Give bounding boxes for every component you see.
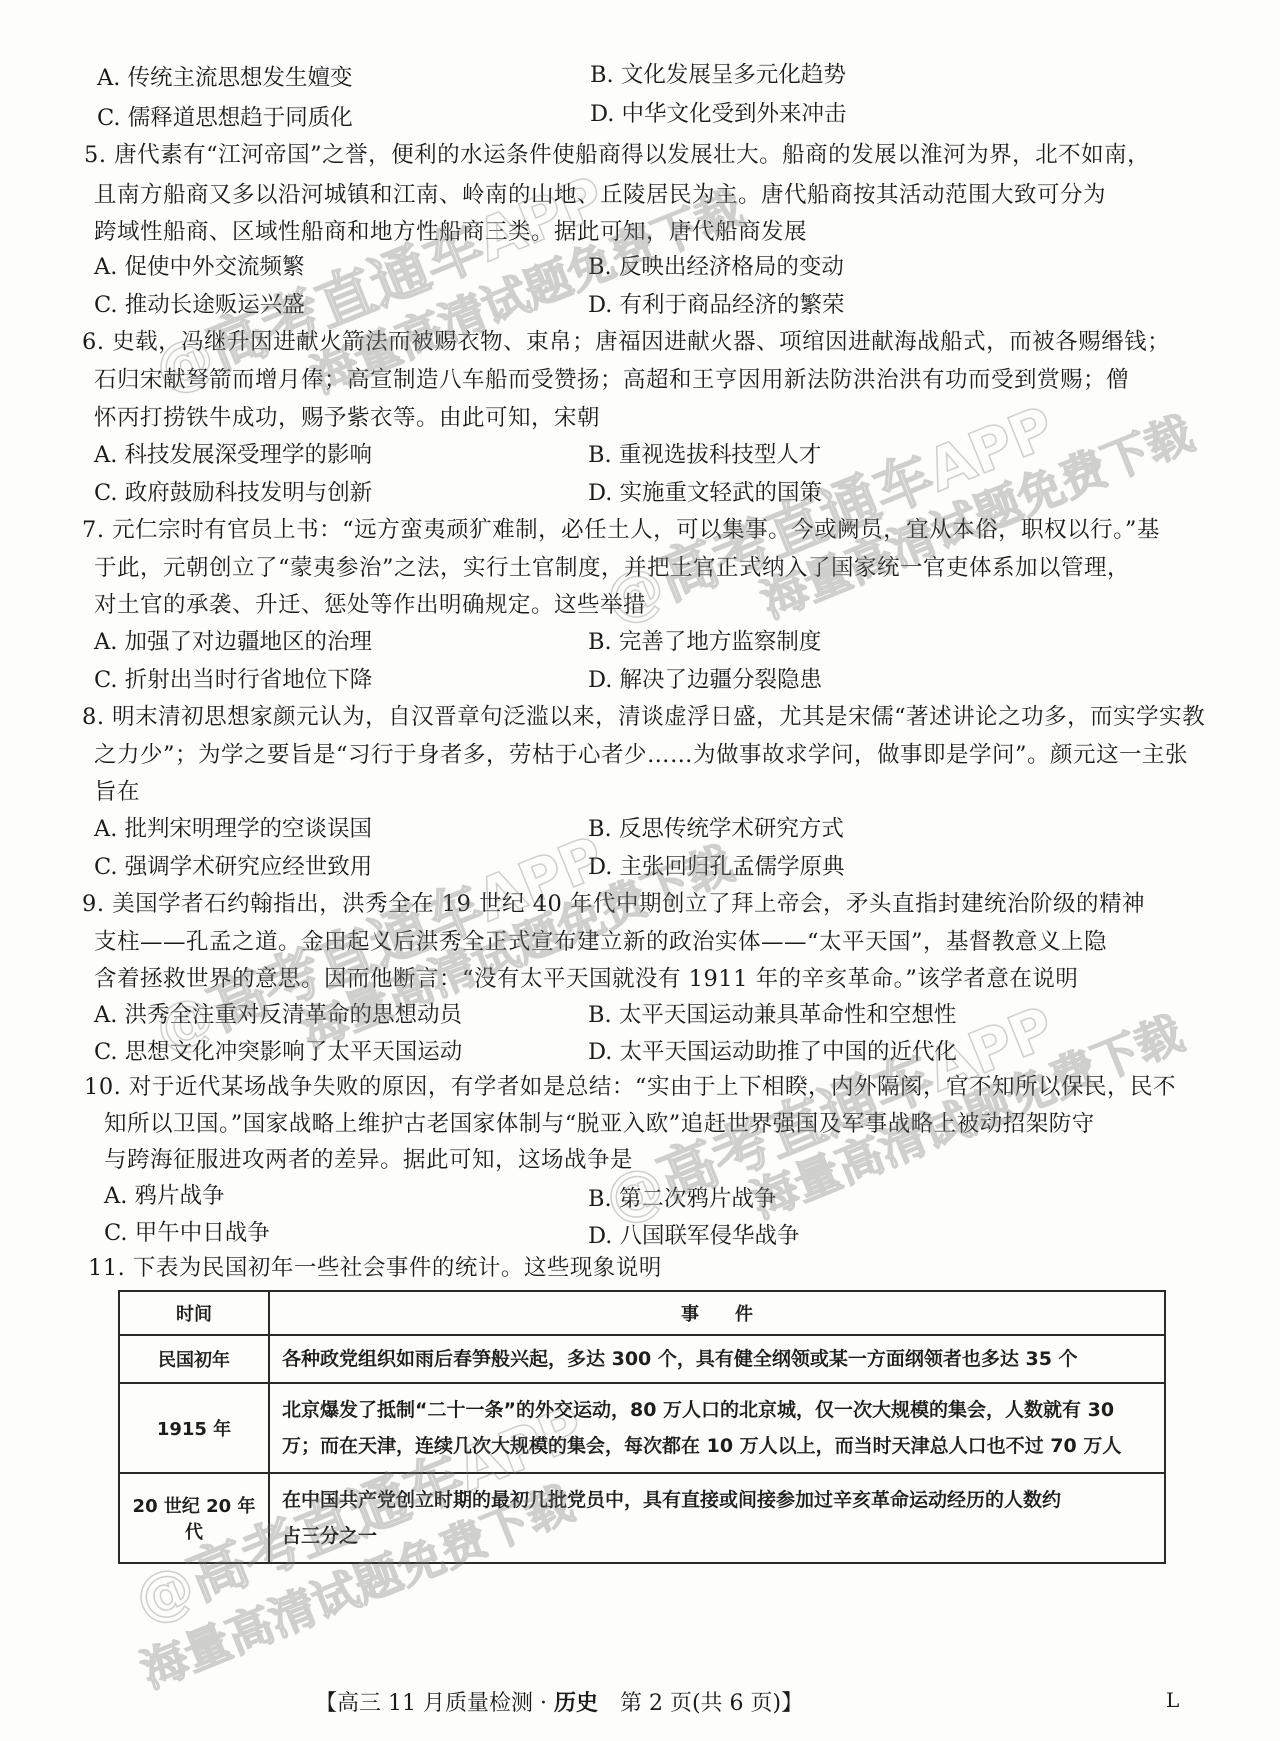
question-stem-line: 10. 对于近代某场战争失败的原因，有学者如是总结：“实由于上下相睽，内外隔阂，… xyxy=(84,1072,1176,1102)
option-d: D. 实施重文轻武的国策 xyxy=(588,478,822,508)
option-b: B. 重视选拔科技型人才 xyxy=(588,440,821,470)
option-b: B. 太平天国运动兼具革命性和空想性 xyxy=(588,1000,956,1030)
footer-page-number: 第 2 页(共 6 页)】 xyxy=(598,1691,803,1716)
time-cell: 20 世纪 20 年代 xyxy=(119,1473,269,1563)
footer-version-mark: L xyxy=(1166,1688,1179,1712)
question-stem-line: 且南方船商又多以沿河城镇和江南、岭南的山地、丘陵居民为主。唐代船商按其活动范围大… xyxy=(94,180,1106,210)
question-stem-line: 含着拯救世界的意思。因而他断言：“没有太平天国就没有 1911 年的辛亥革命。”… xyxy=(94,964,1078,994)
option-a: A. 洪秀全注重对反清革命的思想动员 xyxy=(94,1000,462,1030)
event-line: 各种政党组织如雨后春笋般兴起，多达 300 个，具有健全纲领或某一方面纲领者也多… xyxy=(282,1341,1154,1377)
question-stem-line: 石归宋献弩箭而增月俸；高宣制造八车船而受赞扬；高超和王亨因用新法防洪治洪有功而受… xyxy=(94,365,1129,395)
event-line: 北京爆发了抵制“二十一条”的外交运动，80 万人口的北京城，仅一次大规模的集会，… xyxy=(282,1392,1154,1428)
table-row: 20 世纪 20 年代 在中国共产党创立时期的最初几批党员中，具有直接或间接参加… xyxy=(119,1473,1165,1563)
question-stem-line: 与跨海征服进攻两者的差异。据此可知，这场战争是 xyxy=(104,1145,633,1175)
question-stem-line: 之力少”；为学之要旨是“习行于身者多，劳枯于心者少……为做事故求学问，做事即是学… xyxy=(94,740,1188,770)
question-stem-line: 6. 史载，冯继升因进献火箭法而被赐衣物、束帛；唐福因进献火器、项绾因进献海战船… xyxy=(82,327,1170,357)
option-d: D. 主张回归孔孟儒学原典 xyxy=(588,852,845,882)
question-stem-line: 5. 唐代素有“江河帝国”之誉，便利的水运条件使船商得以发展壮大。船商的发展以淮… xyxy=(84,140,1150,170)
footer-subject: 历史 xyxy=(554,1691,598,1716)
question-stem-line: 11. 下表为民国初年一些社会事件的统计。这些现象说明 xyxy=(88,1253,662,1283)
page-footer: 【高三 11 月质量检测 · 历史 第 2 页(共 6 页)】 xyxy=(315,1686,803,1717)
option-d: D. 太平天国运动助推了中国的近代化 xyxy=(588,1037,957,1067)
events-table: 时间 事 件 民国初年 各种政党组织如雨后春笋般兴起，多达 300 个，具有健全… xyxy=(118,1290,1166,1564)
option-c: C. 强调学术研究应经世致用 xyxy=(94,852,372,882)
option-d: D. 八国联军侵华战争 xyxy=(588,1221,800,1251)
question-stem-line: 8. 明末清初思想家颜元认为，自汉晋章句泛滥以来，清谈虚浮日盛，尤其是宋儒“著述… xyxy=(82,702,1205,732)
question-stem-line: 7. 元仁宗时有官员上书：“远方蛮夷顽犷难制，必任土人，可以集事。今或阙员，宜从… xyxy=(82,515,1160,545)
question-stem-line: 9. 美国学者石约翰指出，洪秀全在 19 世纪 40 年代中期创立了拜上帝会，矛… xyxy=(82,889,1145,919)
q4-option-b: B. 文化发展呈多元化趋势 xyxy=(590,60,846,90)
question-stem-line: 旨在 xyxy=(94,777,140,807)
option-b: B. 反思传统学术研究方式 xyxy=(588,814,844,844)
question-stem-line: 对土官的承袭、升迁、惩处等作出明确规定。这些举措 xyxy=(94,590,646,620)
question-stem-line: 知所以卫国。”国家战略上维护古老国家体制与“脱亚入欧”追赶世界强国及军事战略上被… xyxy=(104,1109,1095,1139)
table-row: 1915 年 北京爆发了抵制“二十一条”的外交运动，80 万人口的北京城，仅一次… xyxy=(119,1383,1165,1473)
question-stem-line: 于此，元朝创立了“蒙夷参治”之法，实行土官制度，并把土官正式纳入了国家统一官吏体… xyxy=(94,553,1130,583)
question-stem-line: 支柱——孔孟之道。金田起义后洪秀全正式宣布建立新的政治实体——“太平天国”，基督… xyxy=(94,927,1107,957)
option-c: C. 折射出当时行省地位下降 xyxy=(94,665,372,695)
event-cell: 各种政党组织如雨后春笋般兴起，多达 300 个，具有健全纲领或某一方面纲领者也多… xyxy=(269,1335,1165,1383)
footer-exam-title: 【高三 11 月质量检测 · xyxy=(315,1691,554,1716)
time-cell: 民国初年 xyxy=(119,1335,269,1383)
event-line: 万；而在天津，连续几次大规模的集会，每次都在 10 万人以上，而当时天津总人口也… xyxy=(282,1428,1154,1464)
table-row: 民国初年 各种政党组织如雨后春笋般兴起，多达 300 个，具有健全纲领或某一方面… xyxy=(119,1335,1165,1383)
option-b: B. 第二次鸦片战争 xyxy=(588,1184,776,1214)
column-header-event: 事 件 xyxy=(269,1291,1165,1335)
option-c: C. 推动长途贩运兴盛 xyxy=(94,290,305,320)
question-stem-line: 跨域性船商、区域性船商和地方性船商三类。据此可知，唐代船商发展 xyxy=(94,217,807,247)
option-c: C. 思想文化冲突影响了太平天国运动 xyxy=(94,1037,462,1067)
q4-option-d: D. 中华文化受到外来冲击 xyxy=(590,99,847,129)
event-line: 占三分之一 xyxy=(282,1518,1154,1554)
time-cell: 1915 年 xyxy=(119,1383,269,1473)
option-d: D. 有利于商品经济的繁荣 xyxy=(588,290,845,320)
option-a: A. 加强了对边疆地区的治理 xyxy=(94,627,372,657)
option-d: D. 解决了边疆分裂隐患 xyxy=(588,665,822,695)
q4-option-a: A. 传统主流思想发生嬗变 xyxy=(97,63,353,93)
table-header-row: 时间 事 件 xyxy=(119,1291,1165,1335)
event-cell: 北京爆发了抵制“二十一条”的外交运动，80 万人口的北京城，仅一次大规模的集会，… xyxy=(269,1383,1165,1473)
watermark-text: @高考直通车APP xyxy=(590,381,1065,638)
option-a: A. 科技发展深受理学的影响 xyxy=(94,440,372,470)
option-a: A. 批判宋明理学的空谈误国 xyxy=(94,814,372,844)
option-c: C. 甲午中日战争 xyxy=(104,1218,270,1248)
option-a: A. 鸦片战争 xyxy=(104,1181,225,1211)
option-c: C. 政府鼓励科技发明与创新 xyxy=(94,478,372,508)
event-line: 在中国共产党创立时期的最初几批党员中，具有直接或间接参加过辛亥革命运动经历的人数… xyxy=(282,1482,1154,1518)
exam-page: A. 传统主流思想发生嬗变 B. 文化发展呈多元化趋势 C. 儒释道思想趋于同质… xyxy=(0,0,1280,1741)
column-header-time: 时间 xyxy=(119,1291,269,1335)
event-cell: 在中国共产党创立时期的最初几批党员中，具有直接或间接参加过辛亥革命运动经历的人数… xyxy=(269,1473,1165,1563)
q4-option-c: C. 儒释道思想趋于同质化 xyxy=(97,103,353,133)
question-stem-line: 怀丙打捞铁牛成功，赐予紫衣等。由此可知，宋朝 xyxy=(94,403,600,433)
option-b: B. 完善了地方监察制度 xyxy=(588,627,821,657)
option-b: B. 反映出经济格局的变动 xyxy=(588,252,844,282)
option-a: A. 促使中外交流频繁 xyxy=(94,252,305,282)
